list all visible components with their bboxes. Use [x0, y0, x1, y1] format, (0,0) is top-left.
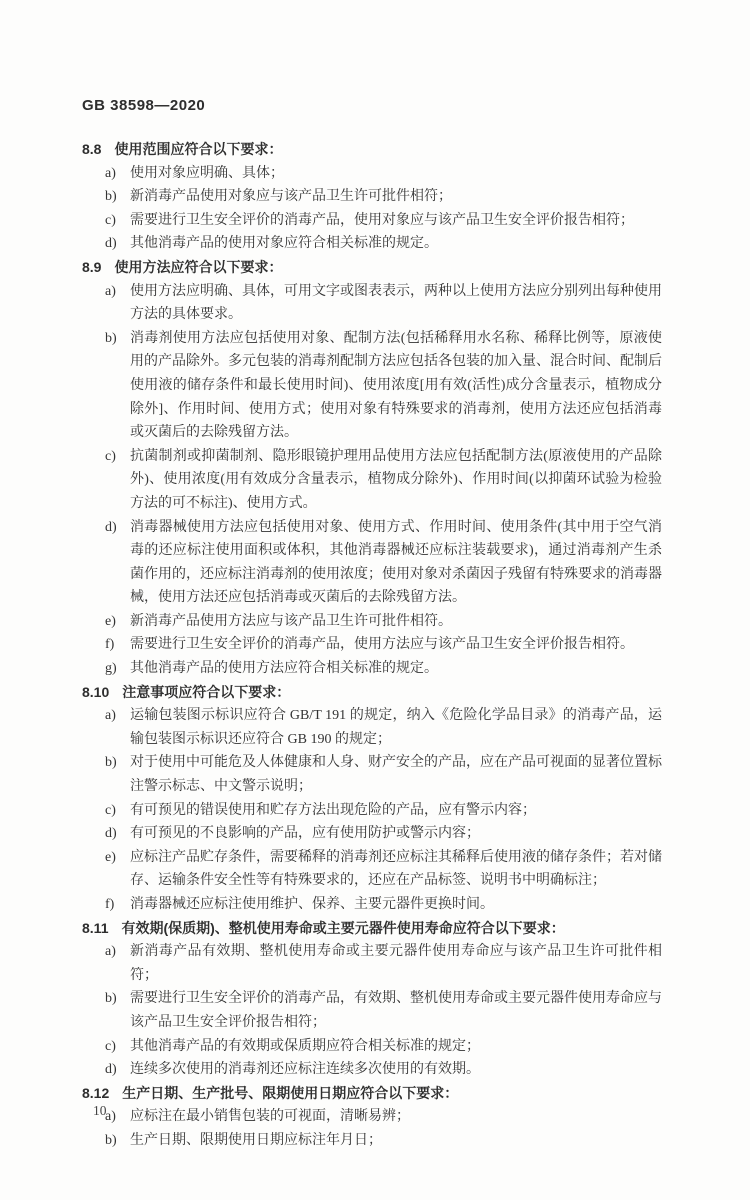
- list-item: d)有可预见的不良影响的产品，应有使用防护或警示内容；: [82, 822, 662, 846]
- item-label: d): [105, 232, 130, 256]
- item-label: e): [105, 846, 130, 893]
- page-content: GB 38598—2020 8.8使用范围应符合以下要求：a)使用对象应明确、具…: [82, 96, 662, 1153]
- list-item: d)其他消毒产品的使用对象应符合相关标准的规定。: [82, 232, 662, 256]
- list-item: b)对于使用中可能危及人体健康和人身、财产安全的产品，应在产品可视面的显著位置标…: [82, 751, 662, 798]
- item-text: 应标注在最小销售包装的可视面，清晰易辨；: [130, 1105, 662, 1129]
- section-title: 使用方法应符合以下要求：: [114, 256, 662, 280]
- list-item: a)运输包装图示标识应符合 GB/T 191 的规定，纳入《危险化学品目录》的消…: [82, 704, 662, 751]
- item-label: b): [105, 987, 130, 1034]
- clause-section: 8.10注意事项应符合以下要求：a)运输包装图示标识应符合 GB/T 191 的…: [82, 681, 662, 917]
- item-text: 使用对象应明确、具体；: [130, 162, 662, 186]
- section-title: 有效期(保质期)、整机使用寿命或主要元器件使用寿命应符合以下要求：: [121, 917, 662, 941]
- item-text: 生产日期、限期使用日期应标注年月日；: [130, 1129, 662, 1153]
- list-item: c)需要进行卫生安全评价的消毒产品，使用对象应与该产品卫生安全评价报告相符；: [82, 209, 662, 233]
- item-label: b): [105, 327, 130, 445]
- item-label: d): [105, 822, 130, 846]
- item-text: 新消毒产品使用方法应与该产品卫生许可批件相符。: [130, 610, 662, 634]
- item-text: 抗菌制剂或抑菌制剂、隐形眼镜护理用品使用方法应包括配制方法(原液使用的产品除外)…: [130, 445, 662, 516]
- section-heading: 8.9使用方法应符合以下要求：: [82, 256, 662, 280]
- item-text: 新消毒产品使用对象应与该产品卫生许可批件相符；: [130, 185, 662, 209]
- list-item: f)消毒器械还应标注使用维护、保养、主要元器件更换时间。: [82, 893, 662, 917]
- section-title: 注意事项应符合以下要求：: [122, 681, 662, 705]
- page-number: 10: [93, 1103, 107, 1119]
- list-item: d)消毒器械使用方法应包括使用对象、使用方式、作用时间、使用条件(其中用于空气消…: [82, 516, 662, 610]
- item-label: f): [105, 633, 130, 657]
- list-item: b)需要进行卫生安全评价的消毒产品，有效期、整机使用寿命或主要元器件使用寿命应与…: [82, 987, 662, 1034]
- item-text: 其他消毒产品的使用方法应符合相关标准的规定。: [130, 657, 662, 681]
- item-text: 运输包装图示标识应符合 GB/T 191 的规定，纳入《危险化学品目录》的消毒产…: [130, 704, 662, 751]
- item-label: c): [105, 209, 130, 233]
- section-number: 8.10: [82, 681, 109, 705]
- list-item: c)其他消毒产品的有效期或保质期应符合相关标准的规定；: [82, 1035, 662, 1059]
- item-text: 其他消毒产品的使用对象应符合相关标准的规定。: [130, 232, 662, 256]
- clause-section: 8.11有效期(保质期)、整机使用寿命或主要元器件使用寿命应符合以下要求：a)新…: [82, 917, 662, 1082]
- item-label: a): [105, 162, 130, 186]
- section-heading: 8.11有效期(保质期)、整机使用寿命或主要元器件使用寿命应符合以下要求：: [82, 917, 662, 941]
- list-item: f)需要进行卫生安全评价的消毒产品，使用方法应与该产品卫生安全评价报告相符。: [82, 633, 662, 657]
- item-text: 消毒器械使用方法应包括使用对象、使用方式、作用时间、使用条件(其中用于空气消毒的…: [130, 516, 662, 610]
- list-item: g)其他消毒产品的使用方法应符合相关标准的规定。: [82, 657, 662, 681]
- item-label: d): [105, 1058, 130, 1082]
- list-item: b)生产日期、限期使用日期应标注年月日；: [82, 1129, 662, 1153]
- section-heading: 8.8使用范围应符合以下要求：: [82, 138, 662, 162]
- item-text: 应标注产品贮存条件，需要稀释的消毒剂还应标注其稀释后使用液的储存条件；若对储存、…: [130, 846, 662, 893]
- item-label: a): [105, 280, 130, 327]
- item-label: c): [105, 799, 130, 823]
- item-text: 其他消毒产品的有效期或保质期应符合相关标准的规定；: [130, 1035, 662, 1059]
- item-text: 需要进行卫生安全评价的消毒产品，使用方法应与该产品卫生安全评价报告相符。: [130, 633, 662, 657]
- list-item: e)新消毒产品使用方法应与该产品卫生许可批件相符。: [82, 610, 662, 634]
- item-label: e): [105, 610, 130, 634]
- item-text: 有可预见的不良影响的产品，应有使用防护或警示内容；: [130, 822, 662, 846]
- section-title: 使用范围应符合以下要求：: [114, 138, 662, 162]
- list-item: e)应标注产品贮存条件，需要稀释的消毒剂还应标注其稀释后使用液的储存条件；若对储…: [82, 846, 662, 893]
- item-label: g): [105, 657, 130, 681]
- item-text: 使用方法应明确、具体，可用文字或图表表示，两种以上使用方法应分别列出每种使用方法…: [130, 280, 662, 327]
- section-number: 8.12: [82, 1082, 109, 1106]
- item-text: 新消毒产品有效期、整机使用寿命或主要元器件使用寿命应与该产品卫生许可批件相符；: [130, 940, 662, 987]
- list-item: c)抗菌制剂或抑菌制剂、隐形眼镜护理用品使用方法应包括配制方法(原液使用的产品除…: [82, 445, 662, 516]
- item-text: 对于使用中可能危及人体健康和人身、财产安全的产品，应在产品可视面的显著位置标注警…: [130, 751, 662, 798]
- clause-section: 8.9使用方法应符合以下要求：a)使用方法应明确、具体，可用文字或图表表示，两种…: [82, 256, 662, 681]
- section-heading: 8.12生产日期、生产批号、限期使用日期应符合以下要求：: [82, 1082, 662, 1106]
- list-item: a)使用方法应明确、具体，可用文字或图表表示，两种以上使用方法应分别列出每种使用…: [82, 280, 662, 327]
- item-text: 有可预见的错误使用和贮存方法出现危险的产品，应有警示内容；: [130, 799, 662, 823]
- item-text: 连续多次使用的消毒剂还应标注连续多次使用的有效期。: [130, 1058, 662, 1082]
- item-label: c): [105, 1035, 130, 1059]
- section-heading: 8.10注意事项应符合以下要求：: [82, 681, 662, 705]
- item-text: 需要进行卫生安全评价的消毒产品，有效期、整机使用寿命或主要元器件使用寿命应与该产…: [130, 987, 662, 1034]
- standard-number-header: GB 38598—2020: [82, 96, 662, 116]
- list-item: a)新消毒产品有效期、整机使用寿命或主要元器件使用寿命应与该产品卫生许可批件相符…: [82, 940, 662, 987]
- item-label: a): [105, 704, 130, 751]
- section-number: 8.8: [82, 138, 101, 162]
- item-text: 需要进行卫生安全评价的消毒产品，使用对象应与该产品卫生安全评价报告相符；: [130, 209, 662, 233]
- item-label: b): [105, 185, 130, 209]
- item-label: d): [105, 516, 130, 610]
- sections-container: 8.8使用范围应符合以下要求：a)使用对象应明确、具体；b)新消毒产品使用对象应…: [82, 138, 662, 1153]
- item-label: a): [105, 940, 130, 987]
- item-label: c): [105, 445, 130, 516]
- item-label: f): [105, 893, 130, 917]
- clause-section: 8.12生产日期、生产批号、限期使用日期应符合以下要求：a)应标注在最小销售包装…: [82, 1082, 662, 1153]
- document-page: GB 38598—2020 8.8使用范围应符合以下要求：a)使用对象应明确、具…: [0, 0, 750, 1200]
- list-item: a)使用对象应明确、具体；: [82, 162, 662, 186]
- item-label: b): [105, 1129, 130, 1153]
- list-item: d)连续多次使用的消毒剂还应标注连续多次使用的有效期。: [82, 1058, 662, 1082]
- list-item: c)有可预见的错误使用和贮存方法出现危险的产品，应有警示内容；: [82, 799, 662, 823]
- item-text: 消毒剂使用方法应包括使用对象、配制方法(包括稀释用水名称、稀释比例等，原液使用的…: [130, 327, 662, 445]
- section-number: 8.9: [82, 256, 101, 280]
- item-label: a): [105, 1105, 130, 1129]
- item-label: b): [105, 751, 130, 798]
- item-text: 消毒器械还应标注使用维护、保养、主要元器件更换时间。: [130, 893, 662, 917]
- section-title: 生产日期、生产批号、限期使用日期应符合以下要求：: [122, 1082, 662, 1106]
- list-item: b)消毒剂使用方法应包括使用对象、配制方法(包括稀释用水名称、稀释比例等，原液使…: [82, 327, 662, 445]
- clause-section: 8.8使用范围应符合以下要求：a)使用对象应明确、具体；b)新消毒产品使用对象应…: [82, 138, 662, 256]
- section-number: 8.11: [82, 917, 108, 941]
- list-item: a)应标注在最小销售包装的可视面，清晰易辨；: [82, 1105, 662, 1129]
- list-item: b)新消毒产品使用对象应与该产品卫生许可批件相符；: [82, 185, 662, 209]
